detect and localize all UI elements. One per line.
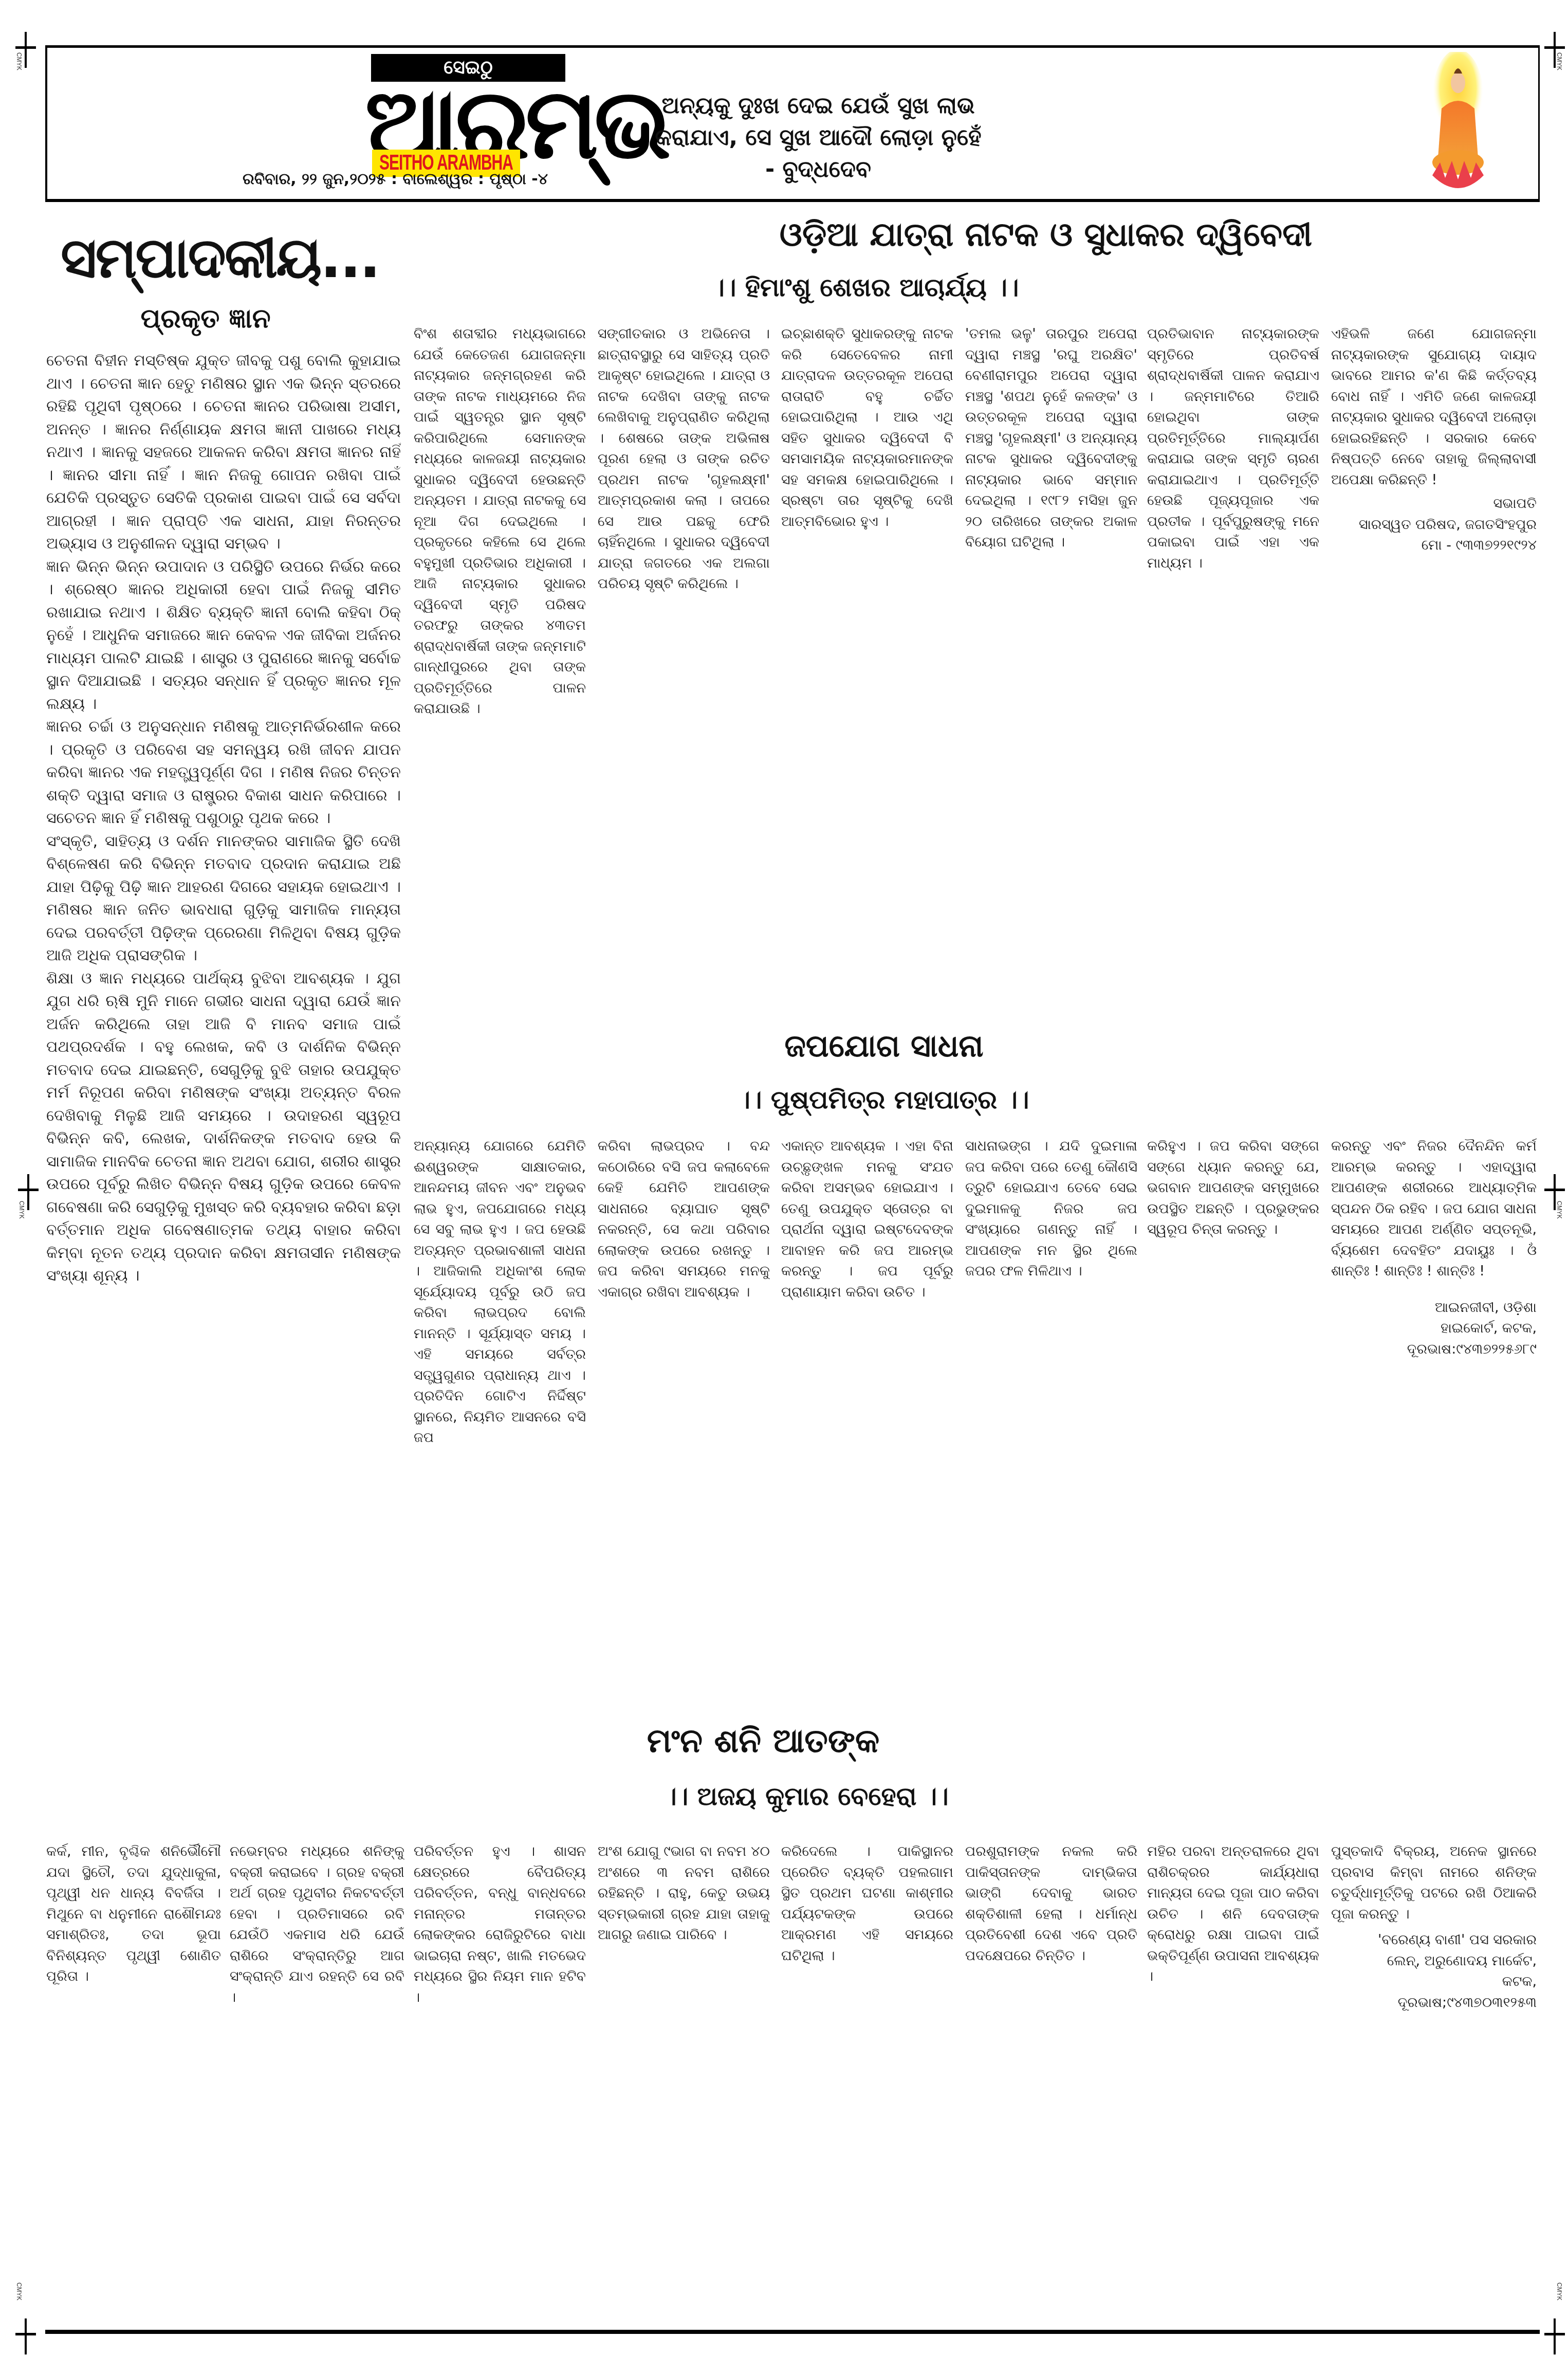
cmyk-label: CMYK — [1556, 2282, 1563, 2300]
cmyk-label: CMYK — [1556, 52, 1563, 70]
buddha-icon — [1427, 52, 1489, 201]
article-column: ଅନ୍ୟାନ୍ୟ ଯୋଗରେ ଯେମିତି ଈଶ୍ୱରଙ୍କ ସାକ୍ଷାତକା… — [414, 1136, 586, 1712]
cmyk-label: CMYK — [15, 52, 23, 70]
article-headline: ଓଡ଼ିଆ ଯାତ୍ରା ନାଟକ ଓ ସୁଧାକର ଦ୍ୱିବେଦୀ — [609, 216, 1483, 254]
article-column: ବିଂଶ ଶତାବ୍ଦୀର ମଧ୍ୟଭାଗରେ ଯେଉଁ କେତେଜଣ ଯୋଗଜ… — [414, 324, 586, 1008]
registration-mark-top-left: CMYK — [15, 32, 36, 78]
signoff-phone: ଦୂରଭାଷ;୯୪୩୭୦୩୧୨୫୩ — [1331, 1993, 1537, 2014]
article-column: ଏହିଭଳି ଜଣେ ଯୋଗଜନ୍ମା ନାଟ୍ୟକାରଙ୍କ ସୁଯୋଗ୍ୟ … — [1331, 324, 1537, 1008]
registration-mark-top-right: CMYK — [1544, 32, 1565, 78]
editorial-paragraph: ଶିକ୍ଷା ଓ ଜ୍ଞାନ ମଧ୍ୟରେ ପାର୍ଥକ୍ୟ ବୁଝିବା ଆବ… — [46, 967, 401, 1288]
article-column: ସଙ୍ଗୀତକାର ଓ ଅଭିନେତା । ଛାତ୍ରାବସ୍ଥାରୁ ସେ ସ… — [598, 324, 770, 1008]
quote-line-2: କରାଯାଏ, ସେ ସୁଖ ଆଦୌ ଲୋଡ଼ା ନୁହେଁ — [597, 122, 1039, 154]
article-column: ଏକାନ୍ତ ଆବଶ୍ୟକ । ଏହା ବିନା ଉଚ୍ଛୃଙ୍ଖଳ ମନକୁ … — [781, 1136, 953, 1712]
article-column: କରିଦେଲେ । ପାକିସ୍ଥାନର ପ୍ରେରିତ ବ୍ୟକ୍ତି ପହଲ… — [781, 1841, 953, 2327]
editorial-paragraph: ସଂସ୍କୃତି, ସାହିତ୍ୟ ଓ ଦର୍ଶନ ମାନଙ୍କର ସାମାଜି… — [46, 830, 401, 967]
article-column: କରିବା ଲାଭପ୍ରଦ । ବନ୍ଦ କଠୋରିରେ ବସି ଜପ କଲାବ… — [598, 1136, 770, 1712]
article-column: ପ୍ରତିଭାବାନ ନାଟ୍ୟକାରଙ୍କ ସ୍ମୃତିରେ ପ୍ରତିବର୍… — [1147, 324, 1319, 1008]
article-column: ନଭେମ୍ବର ମଧ୍ୟରେ ଶନିଙ୍କୁ ବକ୍ରୀ କରାଇବେ । ଗ୍… — [230, 1841, 404, 2327]
article-headline: ଜପଯୋଗ ସାଧନା — [653, 1028, 1115, 1064]
quote-author: - ବୁଦ୍ଧଦେବ — [597, 154, 1039, 186]
article-author: ।। ହିମାଂଶୁ ଶେଖର ଆଚାର୍ଯ୍ୟ ।। — [609, 272, 1123, 303]
signoff-city: କଟକ, — [1331, 1971, 1537, 1993]
editorial-paragraph: ଚେତନା ବିହୀନ ମସ୍ତିଷ୍କ ଯୁକ୍ତ ଜୀବକୁ ପଶୁ ବୋଲ… — [46, 350, 401, 556]
quote-line-1: ଅନ୍ୟକୁ ଦୁଃଖ ଦେଇ ଯେଉଁ ସୁଖ ଲାଭ — [597, 90, 1039, 122]
editorial-body: ଚେତନା ବିହୀନ ମସ୍ତିଷ୍କ ଯୁକ୍ତ ଜୀବକୁ ପଶୁ ବୋଲ… — [46, 350, 401, 1789]
quote-box: ଅନ୍ୟକୁ ଦୁଃଖ ଦେଇ ଯେଉଁ ସୁଖ ଲାଭ କରାଯାଏ, ସେ … — [597, 90, 1039, 186]
article-column: 'ତମଲ ଭଳୁ' ତାରପୁର ଅପେରା ଦ୍ୱାରା ମଞ୍ଚସ୍ଥ 'ର… — [965, 324, 1137, 1008]
article-author: ।। ଅଜୟ କୁମାର ବେହେରା ।। — [591, 1781, 1023, 1812]
signoff-org: ସାରସ୍ୱତ ପରିଷଦ, ଜଗତସିଂହପୁର — [1331, 515, 1537, 536]
article-column: ପରଶୁରାମଙ୍କ ନକଲ କରି ପାକିସ୍ତାନଙ୍କ ଦାମ୍ଭିକତ… — [965, 1841, 1137, 2327]
article-column: ଅଂଶ ଯୋଗୁ ୯ଭାଗ ବା ନବମ ୪୦ ଅଂଶରେ ୩ ନବମ ରାଶି… — [598, 1841, 770, 2327]
signoff-address: ଲେନ୍, ଅରୁଣୋଦୟ ମାର୍କେଟ, — [1331, 1951, 1537, 1972]
article-column: କରିହୁଏ । ଜପ କରିବା ସଙ୍ଗେ ସଙ୍ଗେ ଧ୍ୟାନ କରନ୍… — [1147, 1136, 1319, 1712]
article-column: କରନ୍ତୁ ଏବଂ ନିଜର ଦୈନନ୍ଦିନ କର୍ମ ଆରମ୍ଭ କରନ୍… — [1331, 1136, 1537, 1712]
article-headline: ମଂନ ଶନି ଆତଙ୍କ — [609, 1722, 917, 1760]
editorial-paragraph: ଜ୍ଞାନର ଚର୍ଚ୍ଚା ଓ ଅନୁସନ୍ଧାନ ମଣିଷକୁ ଆତ୍ମନି… — [46, 716, 401, 830]
cmyk-label: CMYK — [1556, 1201, 1563, 1219]
page-bottom-rule — [45, 2330, 1540, 2334]
masthead: ସେଇଠୁ ଆରମ୍ଭ SEITHO ARAMBHA ରବିବାର, ୨୨ ଜୁ… — [45, 45, 1540, 202]
registration-mark-bottom-left: CMYK — [15, 2318, 36, 2365]
registration-mark-mid-right: CMYK — [1544, 1174, 1565, 1220]
article-signoff: ସଭାପତି ସାରସ୍ୱତ ପରିଷଦ, ଜଗତସିଂହପୁର ମୋ - ୯୩… — [1331, 494, 1537, 556]
article-author: ।। ପୁଷ୍ପମିତ୍ର ମହାପାତ୍ର ।। — [653, 1085, 1115, 1115]
registration-mark-mid-left: CMYK — [18, 1174, 39, 1220]
dateline: ରବିବାର, ୨୨ ଜୁନ,୨୦୨୫ : ବାଲେଶ୍ୱର : ପୃଷ୍ଠା … — [243, 170, 548, 188]
article-column: ମହିର ପରବା ଅନ୍ତରାଳରେ ଥିବା ରାଶିଚକ୍ରର କାର୍ଯ… — [1147, 1841, 1319, 2327]
editorial-paragraph: ଜ୍ଞାନ ଭିନ୍ନ ଭିନ୍ନ ଉପାଦାନ ଓ ପରିସ୍ଥିତି ଉପର… — [46, 556, 401, 716]
registration-mark-bottom-right: CMYK — [1544, 2318, 1565, 2365]
article-column: କର୍କ, ମୀନ, ବୃଶ୍ଚିକ ଶନିର୍ଭୌମୌ ଯଦା ସ୍ଥିତୌ,… — [46, 1841, 221, 2327]
article-column-text: ଏହିଭଳି ଜଣେ ଯୋଗଜନ୍ମା ନାଟ୍ୟକାରଙ୍କ ସୁଯୋଗ୍ୟ … — [1331, 324, 1537, 490]
signoff-phone: ମୋ - ୯୩୩୭୨୨୧୯୨୪ — [1331, 535, 1537, 556]
editorial-section-title: ସମ୍ପାଦକୀୟ... — [61, 226, 379, 291]
article-signoff: 'ବରେଣ୍ୟ ବାଣୀ' ପସ ସରକାର ଲେନ୍, ଅରୁଣୋଦୟ ମାର… — [1331, 1930, 1537, 2013]
signoff-org: 'ବରେଣ୍ୟ ବାଣୀ' ପସ ସରକାର — [1331, 1930, 1537, 1951]
article-column: ପୁସ୍ତକାଦି ବିକ୍ରୟ, ଅନେକ ସ୍ଥାନରେ ପ୍ରବାସ କି… — [1331, 1841, 1537, 2327]
cmyk-label: CMYK — [15, 2282, 23, 2300]
editorial-headline: ପ୍ରକୃତ ଜ୍ଞାନ — [0, 303, 411, 335]
signoff-title: ଆଇନଜୀବୀ, ଓଡ଼ିଶା — [1331, 1298, 1537, 1319]
signoff-title: ସଭାପତି — [1331, 494, 1537, 515]
article-column: ସାଧନାଭଙ୍ଗ । ଯଦି ଦୁଇମାଳା ଜପ କରିବା ପରେ ତେଣ… — [965, 1136, 1137, 1712]
article-column-text: ପୁସ୍ତକାଦି ବିକ୍ରୟ, ଅନେକ ସ୍ଥାନରେ ପ୍ରବାସ କି… — [1331, 1841, 1537, 1925]
signoff-phone: ଦୂରଭାଷ:୯୪୩୭୨୨୫୬୮୯ — [1331, 1339, 1537, 1360]
cmyk-label: CMYK — [18, 1201, 25, 1219]
article-signoff: ଆଇନଜୀବୀ, ଓଡ଼ିଶା ହାଇକୋର୍ଟ, କଟକ, ଦୂରଭାଷ:୯୪… — [1331, 1298, 1537, 1360]
article-column: ଇଚ୍ଛାଶକ୍ତି ସୁଧାକରଙ୍କୁ ନାଟକ କରି ସେତେବେଳର … — [781, 324, 953, 1008]
article-column: ପରିବର୍ତ୍ତନ ହୁଏ । ଶାସନ କ୍ଷେତ୍ରରେ ବୈପରିତ୍ୟ… — [414, 1841, 586, 2327]
article-column-text: କରନ୍ତୁ ଏବଂ ନିଜର ଦୈନନ୍ଦିନ କର୍ମ ଆରମ୍ଭ କରନ୍… — [1331, 1136, 1537, 1282]
signoff-org: ହାଇକୋର୍ଟ, କଟକ, — [1331, 1318, 1537, 1339]
